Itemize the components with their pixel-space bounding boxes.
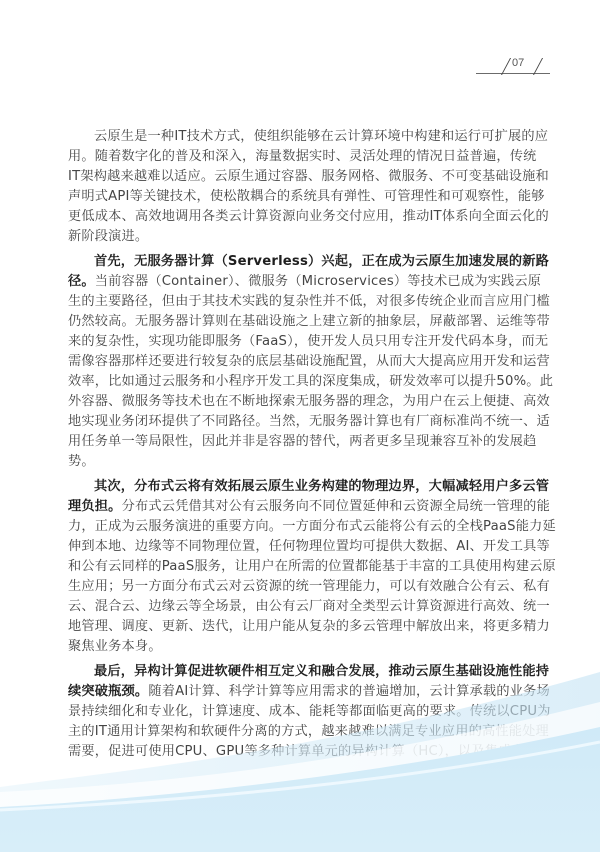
page-number: 07: [512, 57, 524, 69]
paragraph: 首先，无服务器计算（Serverless）兴起，正在成为云原生加速发展的新路径。…: [68, 252, 534, 472]
text-line: 和公有云同样的PaaS服务，让用户在所需的位置都能基于丰富的工具使用构建云原: [68, 557, 534, 577]
bold-lead-text: 其次，分布式云将有效拓展云原生业务构建的物理边界，大幅减轻用户多云管: [94, 479, 549, 494]
body-text: 伸到本地、边缘等不同物理位置，任何物理位置均可提供大数据、AI、开发工具等: [68, 539, 550, 554]
body-text: 来的复杂性，实现功能即服务（FaaS），使开发人员只用专注开发代码本身，而无: [68, 334, 548, 349]
body-text: 声明式API等关键技术，使松散耦合的系统具有弹性、可管理性和可观察性，能够: [68, 189, 545, 204]
text-line: 生的主要路径，但由于其技术实践的复杂性并不低，对很多传统企业而言应用门槛: [68, 292, 534, 312]
body-text: 外容器、微服务等技术也在不断地探索无服务器的理念，为用户在云上便捷、高效: [68, 394, 550, 409]
text-line: 外容器、微服务等技术也在不断地探索无服务器的理念，为用户在云上便捷、高效: [68, 392, 534, 412]
body-text: 云、混合云、边缘云等全场景，由公有云厂商对全类型云计算资源进行高效、统一: [68, 599, 550, 614]
blue-wave-decoration: [0, 672, 600, 852]
header-rule: [476, 73, 550, 74]
text-line: 声明式API等关键技术，使松散耦合的系统具有弹性、可管理性和可观察性，能够: [68, 187, 534, 207]
text-line: 地管理、调度、更新、迭代，让用户能从复杂的多云管理中解放出来，将更多精力: [68, 617, 534, 637]
text-line: 聚焦业务本身。: [68, 637, 534, 657]
bold-lead-text: 径。: [68, 274, 95, 289]
text-line: 来的复杂性，实现功能即服务（FaaS），使开发人员只用专注开发代码本身，而无: [68, 332, 534, 352]
text-line: 云原生是一种IT技术方式，使组织能够在云计算环境中构建和运行可扩展的应: [68, 127, 534, 147]
text-line: 伸到本地、边缘等不同物理位置，任何物理位置均可提供大数据、AI、开发工具等: [68, 537, 534, 557]
body-text: 效率，比如通过云服务和小程序开发工具的深度集成，研发效率可以提升50%。此: [68, 374, 553, 389]
text-line: 力，正成为云服务演进的重要方向。一方面分布式云能将公有云的全栈PaaS能力延: [68, 517, 534, 537]
bold-lead-text: 首先，无服务器计算（Serverless）兴起，正在成为云原生加速发展的新路: [94, 254, 549, 269]
text-line: 径。当前容器（Container）、微服务（Microservices）等技术已…: [68, 272, 534, 292]
text-line: 用任务单一等局限性，因此并非是容器的替代，两者更多呈现兼容互补的发展趋: [68, 432, 534, 452]
text-line: 势。: [68, 452, 534, 472]
body-text: 地管理、调度、更新、迭代，让用户能从复杂的多云管理中解放出来，将更多精力: [68, 619, 550, 634]
paragraph: 其次，分布式云将有效拓展云原生业务构建的物理边界，大幅减轻用户多云管理负担。分布…: [68, 477, 534, 657]
body-text: 仍然较高。无服务器计算则在基础设施之上建立新的抽象层，屏蔽部署、运维等带: [68, 314, 550, 329]
body-text: 新阶段演进。: [68, 229, 148, 244]
body-text: 聚焦业务本身。: [68, 639, 162, 654]
body-text: 势。: [68, 454, 95, 469]
text-line: 理负担。分布式云凭借其对公有云服务向不同位置延伸和云资源全局统一管理的能: [68, 497, 534, 517]
text-line: 生应用；另一方面分布式云对云资源的统一管理能力，可以有效融合公有云、私有: [68, 577, 534, 597]
text-line: 其次，分布式云将有效拓展云原生业务构建的物理边界，大幅减轻用户多云管: [68, 477, 534, 497]
body-text: IT架构越来越难以适应。云原生通过容器、服务网格、微服务、不可变基础设施和: [68, 169, 549, 184]
body-text: 力，正成为云服务演进的重要方向。一方面分布式云能将公有云的全栈PaaS能力延: [68, 519, 556, 534]
text-line: 新阶段演进。: [68, 227, 534, 247]
text-line: 首先，无服务器计算（Serverless）兴起，正在成为云原生加速发展的新路: [68, 252, 534, 272]
body-text: 用。随着数字化的普及和深入，海量数据实时、灵活处理的情况日益普遍，传统: [68, 149, 537, 164]
text-line: 地实现业务闭环提供了不同路径。当然，无服务器计算也有厂商标准尚不统一、适: [68, 412, 534, 432]
text-line: IT架构越来越难以适应。云原生通过容器、服务网格、微服务、不可变基础设施和: [68, 167, 534, 187]
body-text: 需像容器那样还要进行较复杂的底层基础设施配置，从而大大提高应用开发和运营: [68, 354, 550, 369]
body-text: 生的主要路径，但由于其技术实践的复杂性并不低，对很多传统企业而言应用门槛: [68, 294, 550, 309]
paragraph: 云原生是一种IT技术方式，使组织能够在云计算环境中构建和运行可扩展的应用。随着数…: [68, 127, 534, 247]
body-text: 地实现业务闭环提供了不同路径。当然，无服务器计算也有厂商标准尚不统一、适: [68, 414, 550, 429]
body-text: 和公有云同样的PaaS服务，让用户在所需的位置都能基于丰富的工具使用构建云原: [68, 559, 556, 574]
text-line: 更低成本、高效地调用各类云计算资源向业务交付应用，推动IT体系向全面云化的: [68, 207, 534, 227]
text-line: 用。随着数字化的普及和深入，海量数据实时、灵活处理的情况日益普遍，传统: [68, 147, 534, 167]
text-line: 仍然较高。无服务器计算则在基础设施之上建立新的抽象层，屏蔽部署、运维等带: [68, 312, 534, 332]
text-line: 云、混合云、边缘云等全场景，由公有云厂商对全类型云计算资源进行高效、统一: [68, 597, 534, 617]
bold-lead-text: 理负担。: [68, 499, 122, 514]
body-text: 更低成本、高效地调用各类云计算资源向业务交付应用，推动IT体系向全面云化的: [68, 209, 549, 224]
text-line: 效率，比如通过云服务和小程序开发工具的深度集成，研发效率可以提升50%。此: [68, 372, 534, 392]
page-number-header: 07: [476, 54, 550, 76]
body-text: 用任务单一等局限性，因此并非是容器的替代，两者更多呈现兼容互补的发展趋: [68, 434, 537, 449]
text-line: 需像容器那样还要进行较复杂的底层基础设施配置，从而大大提高应用开发和运营: [68, 352, 534, 372]
body-text: 生应用；另一方面分布式云对云资源的统一管理能力，可以有效融合公有云、私有: [68, 579, 550, 594]
article-body: 云原生是一种IT技术方式，使组织能够在云计算环境中构建和运行可扩展的应用。随着数…: [68, 127, 534, 767]
body-text: 当前容器（Container）、微服务（Microservices）等技术已成为…: [95, 274, 541, 289]
body-text: 分布式云凭借其对公有云服务向不同位置延伸和云资源全局统一管理的能: [122, 499, 550, 514]
body-text: 云原生是一种IT技术方式，使组织能够在云计算环境中构建和运行可扩展的应: [94, 129, 548, 144]
